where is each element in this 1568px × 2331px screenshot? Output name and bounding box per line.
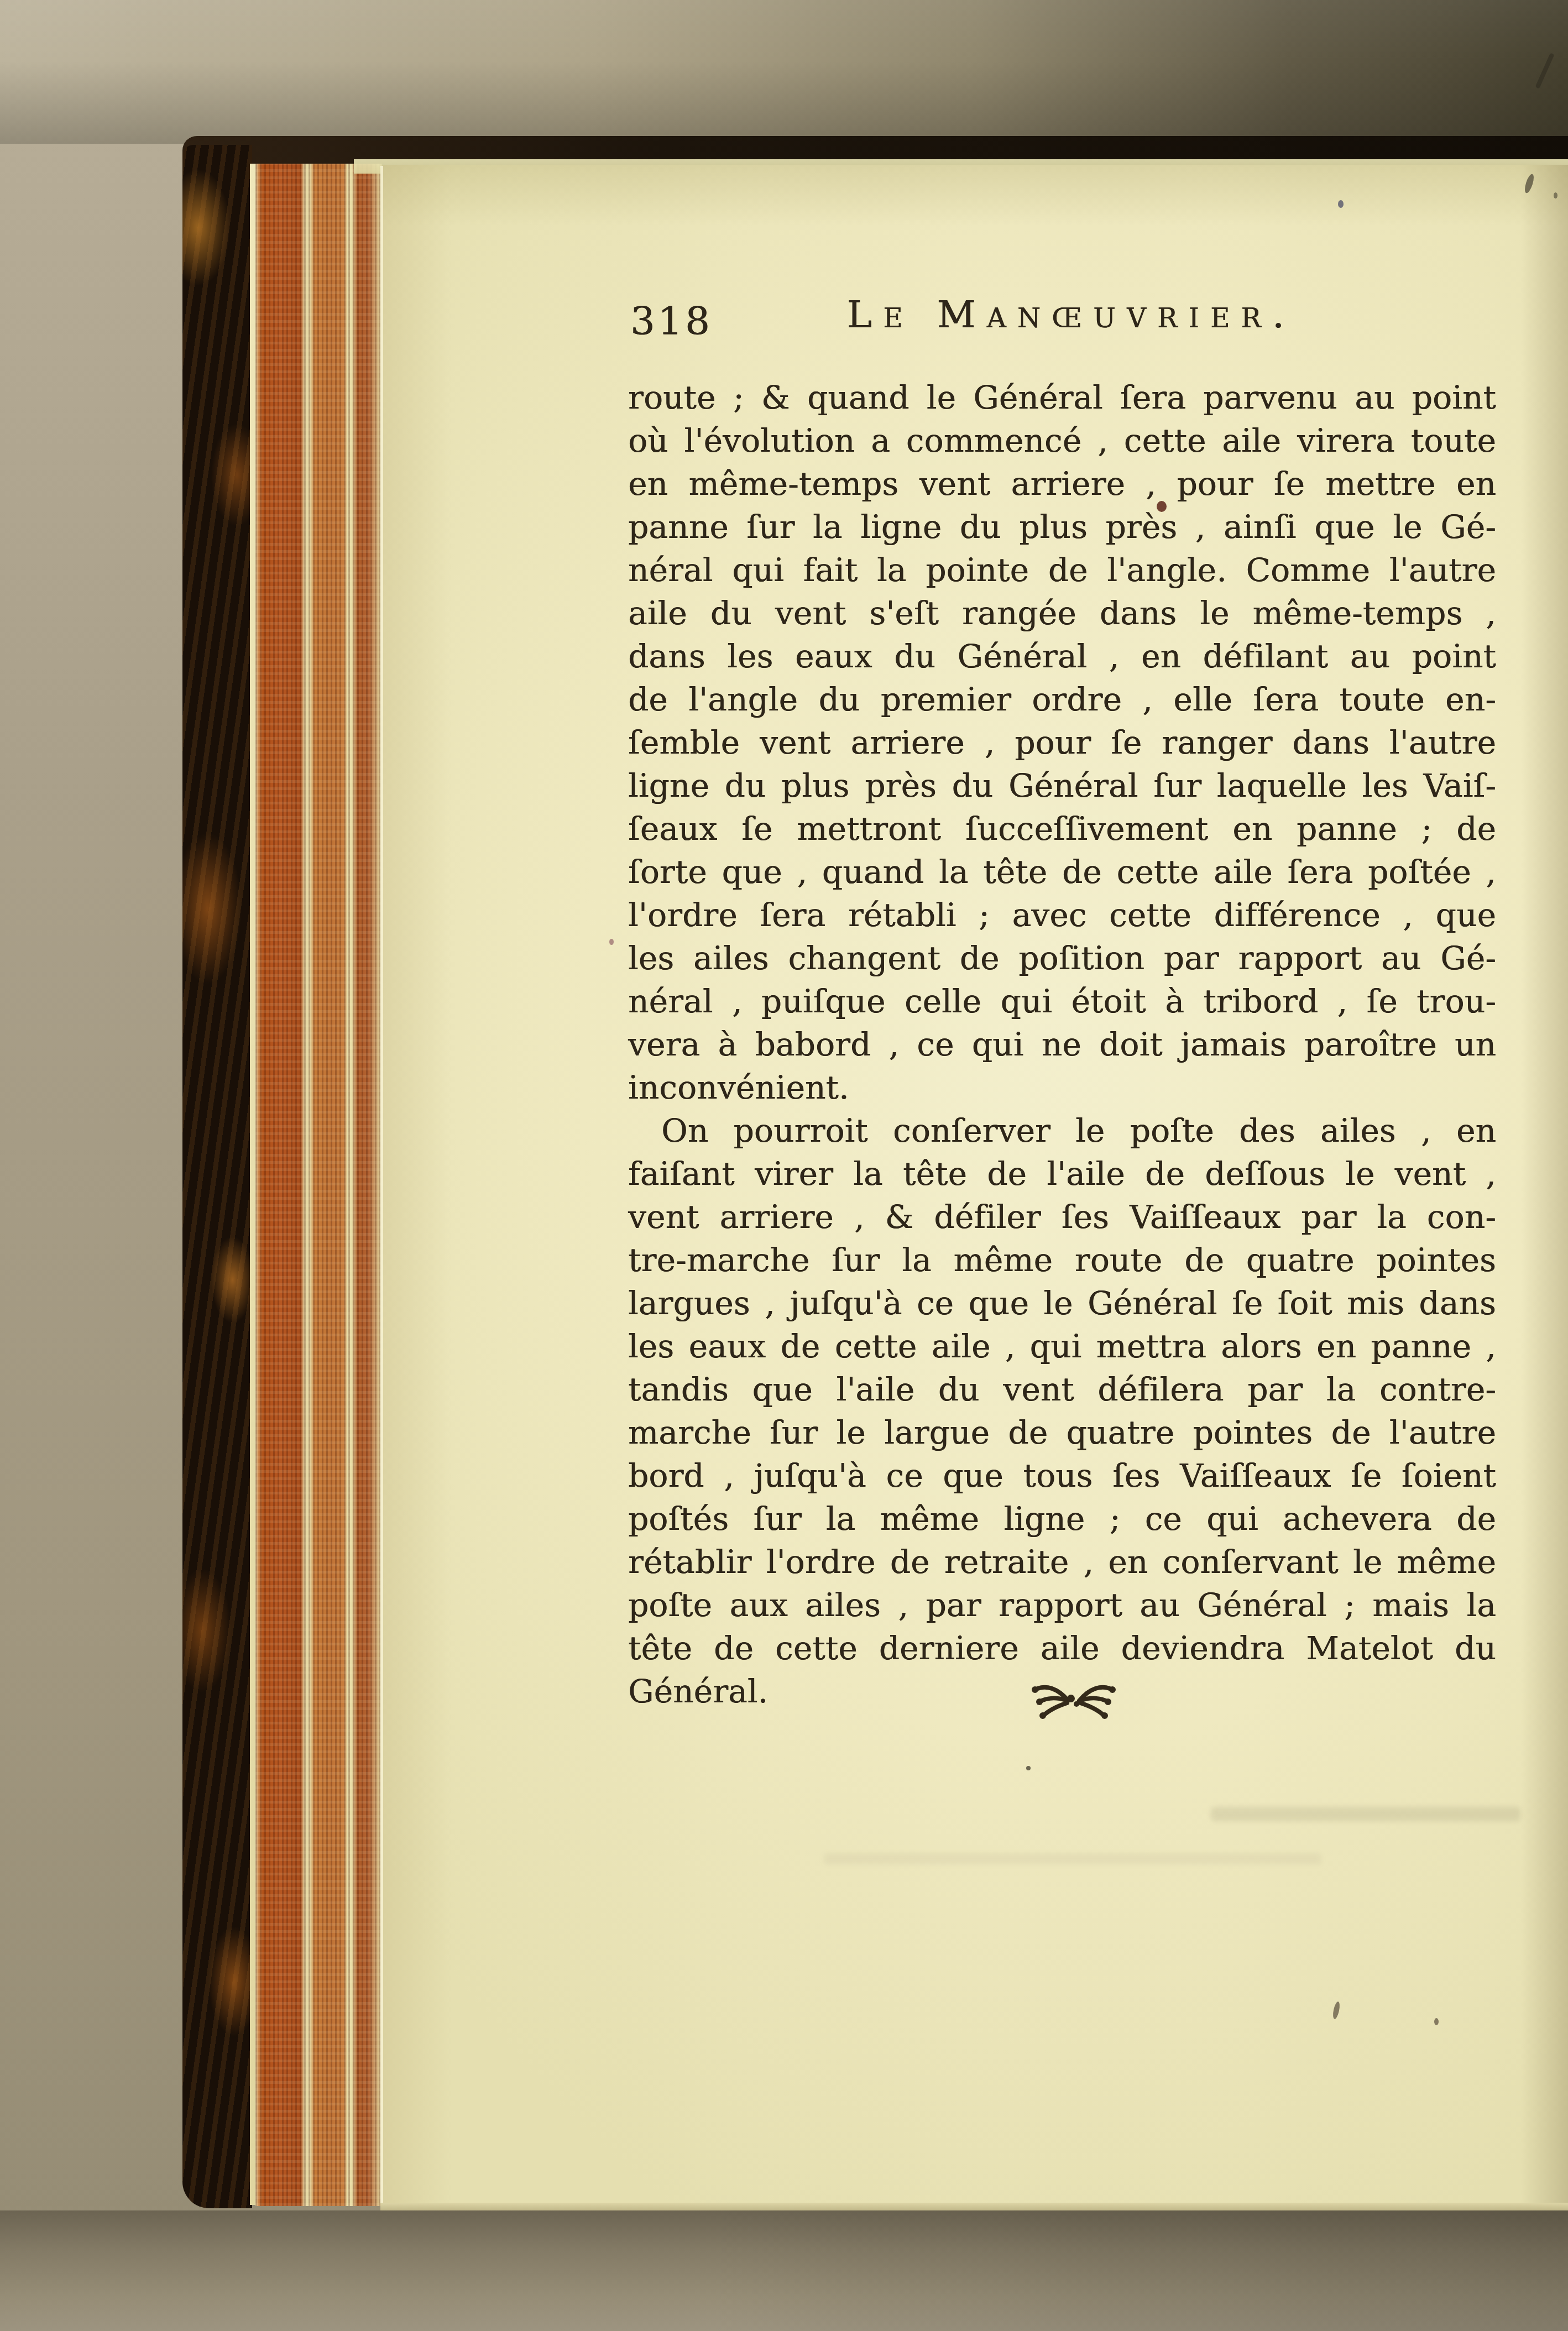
- ink-speck: [1026, 1766, 1031, 1770]
- paragraph: route ; & quand le Général ſera parvenu …: [628, 376, 1496, 1109]
- text-line: route ; & quand le Général ſera parvenu …: [628, 376, 1496, 419]
- text-line: On pourroit conſerver le poſte des ailes…: [628, 1109, 1496, 1152]
- text-line: vera à babord , ce qui ne doit jamais pa…: [628, 1023, 1496, 1066]
- text-line: les eaux de cette aile , qui mettra alor…: [628, 1325, 1496, 1368]
- folio-number: 318: [630, 299, 713, 344]
- text-line: faiſant virer la tête de l'aile de deſſo…: [628, 1152, 1496, 1195]
- paragraph: On pourroit conſerver le poſte des ailes…: [628, 1109, 1496, 1713]
- text-line: néral , puiſque celle qui étoit à tribor…: [628, 980, 1496, 1023]
- text-line: l'ordre ſera rétabli ; avec cette différ…: [628, 893, 1496, 937]
- running-title: Le Manœuvrier.: [847, 293, 1295, 337]
- text-line: inconvénient.: [628, 1066, 1496, 1109]
- page-content: 318 Le Manœuvrier. route ; & quand le Gé…: [628, 293, 1496, 376]
- ink-speck: [1554, 192, 1557, 198]
- fore-edge-pages: [255, 164, 381, 2206]
- text-line: ſeaux ſe mettront ſucceſſivement en pann…: [628, 807, 1496, 850]
- text-block: route ; & quand le Général ſera parvenu …: [628, 376, 1496, 1713]
- bleed-through-smudge: [1211, 1807, 1520, 1821]
- backdrop-bottom: [0, 2210, 1568, 2331]
- text-line: ligne du plus près du Général ſur laquel…: [628, 764, 1496, 807]
- fleuron-ornament-icon: [1024, 1675, 1123, 1725]
- text-line: ſorte que , quand la tête de cette aile …: [628, 850, 1496, 893]
- text-line: aile du vent s'eſt rangée dans le même-t…: [628, 592, 1496, 635]
- text-line: où l'évolution a commencé , cette aile v…: [628, 419, 1496, 462]
- text-line: en même-temps vent arriere , pour ſe met…: [628, 462, 1496, 505]
- scanned-book-photo: 318 Le Manœuvrier. route ; & quand le Gé…: [0, 0, 1568, 2331]
- text-line: vent arriere , & défiler ſes Vaiſſeaux p…: [628, 1195, 1496, 1238]
- text-line: marche ſur le largue de quatre pointes d…: [628, 1411, 1496, 1454]
- backdrop-top: [0, 0, 1568, 153]
- text-line: tre-marche ſur la même route de quatre p…: [628, 1238, 1496, 1282]
- text-line: bord , juſqu'à ce que tous ſes Vaiſſeaux…: [628, 1454, 1496, 1497]
- text-line: tandis que l'aile du vent défilera par l…: [628, 1368, 1496, 1411]
- text-line: les ailes changent de poſition par rappo…: [628, 937, 1496, 980]
- text-line: dans les eaux du Général , en défilant a…: [628, 635, 1496, 678]
- bleed-through-smudge: [824, 1853, 1321, 1864]
- text-line: panne ſur la ligne du plus près , ainſi …: [628, 505, 1496, 548]
- text-line: néral qui fait la pointe de l'angle. Com…: [628, 548, 1496, 592]
- ink-speck: [609, 939, 614, 945]
- text-line: rétablir l'ordre de retraite , en conſer…: [628, 1540, 1496, 1583]
- ink-speck: [1338, 200, 1344, 208]
- text-line: poſtés ſur la même ligne ; ce qui acheve…: [628, 1497, 1496, 1540]
- book-spine-leather: [182, 145, 252, 2208]
- text-line: ſemble vent arriere , pour ſe ranger dan…: [628, 721, 1496, 764]
- page-left-highlight: [380, 166, 383, 2205]
- text-line: tête de cette derniere aile deviendra Ma…: [628, 1627, 1496, 1670]
- text-line: largues , juſqu'à ce que le Général ſe ſ…: [628, 1282, 1496, 1325]
- ink-blot: [1157, 501, 1167, 512]
- text-line: poſte aux ailes , par rapport au Général…: [628, 1583, 1496, 1627]
- page-header: 318 Le Manœuvrier.: [628, 293, 1496, 376]
- text-line: de l'angle du premier ordre , elle ſera …: [628, 678, 1496, 721]
- ink-speck: [1434, 2018, 1439, 2025]
